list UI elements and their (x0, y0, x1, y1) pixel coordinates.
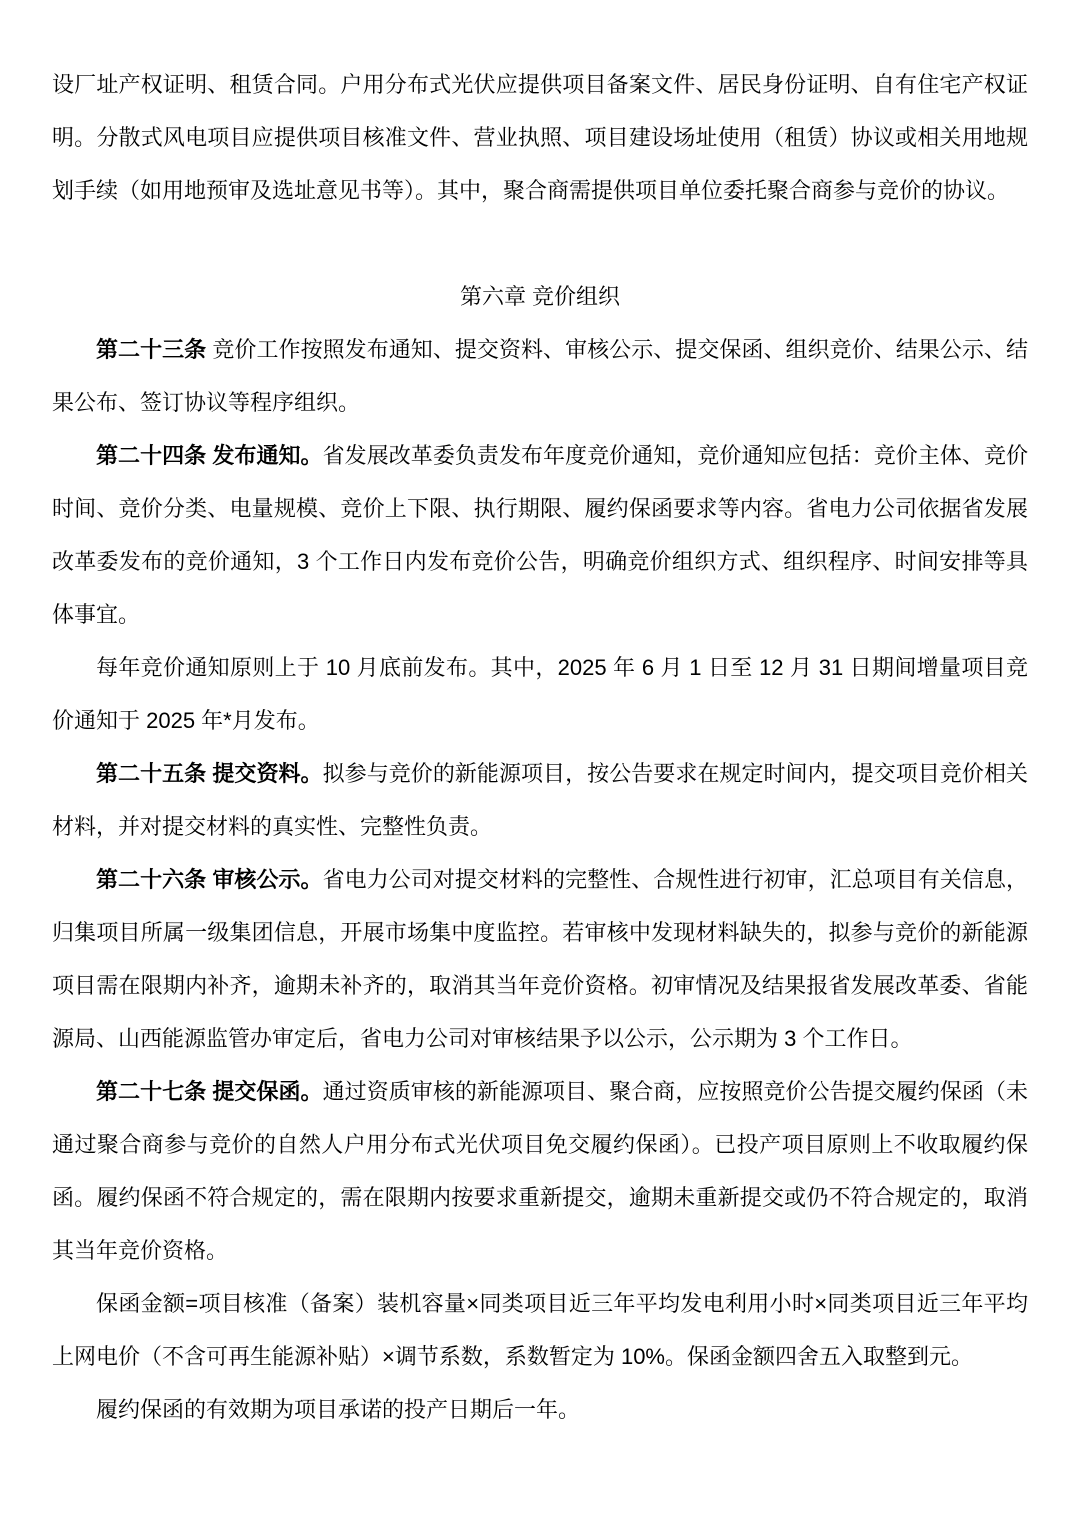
article-25: 第二十五条 提交资料。拟参与竞价的新能源项目，按公告要求在规定时间内，提交项目竞… (52, 747, 1028, 853)
article-26: 第二十六条 审核公示。省电力公司对提交材料的完整性、合规性进行初审，汇总项目有关… (52, 853, 1028, 1065)
article-24-number-title: 第二十四条 发布通知。 (96, 443, 323, 468)
article-27: 第二十七条 提交保函。通过资质审核的新能源项目、聚合商，应按照竞价公告提交履约保… (52, 1065, 1028, 1277)
article-27-body: 通过资质审核的新能源项目、聚合商，应按照竞价公告提交履约保函（未通过聚合商参与竞… (52, 1079, 1028, 1263)
paragraph-notice-schedule: 每年竞价通知原则上于 10 月底前发布。其中，2025 年 6 月 1 日至 1… (52, 641, 1028, 747)
article-26-number-title: 第二十六条 审核公示。 (96, 867, 323, 892)
paragraph-guarantee-formula: 保函金额=项目核准（备案）装机容量×同类项目近三年平均发电利用小时×同类项目近三… (52, 1277, 1028, 1383)
paragraph-guarantee-validity: 履约保函的有效期为项目承诺的投产日期后一年。 (52, 1383, 1028, 1436)
article-23-number: 第二十三条 (96, 337, 206, 362)
article-24: 第二十四条 发布通知。省发展改革委负责发布年度竞价通知，竞价通知应包括：竞价主体… (52, 429, 1028, 641)
article-24-body: 省发展改革委负责发布年度竞价通知，竞价通知应包括：竞价主体、竞价时间、竞价分类、… (52, 443, 1028, 627)
article-26-body: 省电力公司对提交材料的完整性、合规性进行初审，汇总项目有关信息，归集项目所属一级… (52, 867, 1028, 1051)
document-page: 设厂址产权证明、租赁合同。户用分布式光伏应提供项目备案文件、居民身份证明、自有住… (0, 0, 1080, 1526)
paragraph-continuation: 设厂址产权证明、租赁合同。户用分布式光伏应提供项目备案文件、居民身份证明、自有住… (52, 58, 1028, 217)
chapter-heading: 第六章 竞价组织 (52, 270, 1028, 323)
article-27-number-title: 第二十七条 提交保函。 (96, 1079, 323, 1104)
article-23: 第二十三条 竞价工作按照发布通知、提交资料、审核公示、提交保函、组织竞价、结果公… (52, 323, 1028, 429)
article-25-number-title: 第二十五条 提交资料。 (96, 761, 323, 786)
